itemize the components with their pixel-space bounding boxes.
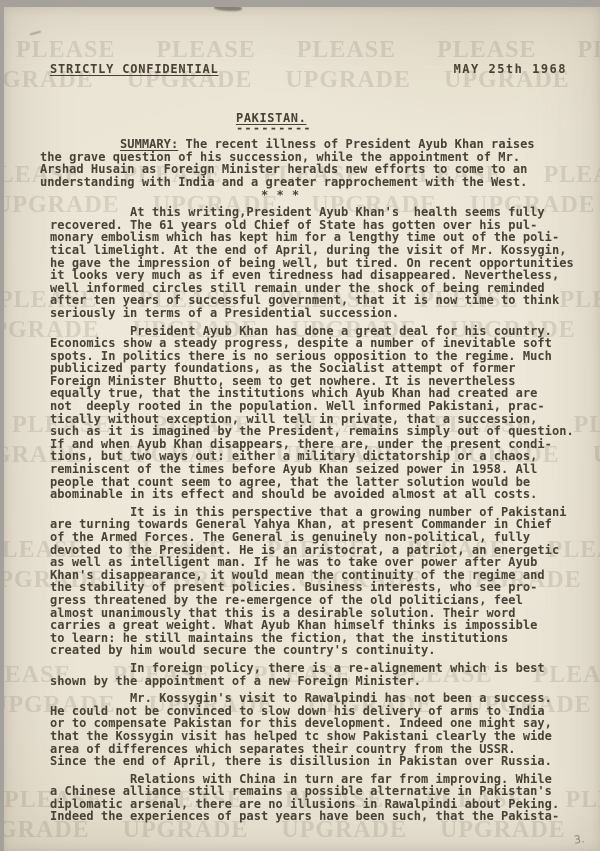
section-separator: * * * <box>261 189 600 202</box>
date-label: MAY 25th 1968 <box>454 63 567 76</box>
title-block: PAKISTAN. --------- <box>236 112 600 133</box>
title-underline-dashes: --------- <box>236 124 600 132</box>
document-page: PLEASE PLEASE PLEASE PLEASE PLEASE PLEAS… <box>4 7 600 851</box>
page-number-annotation: 3. <box>573 832 585 846</box>
paragraph: It is in this perspective that a growing… <box>50 506 600 657</box>
paragraph: President Ayub Khan has done a great dea… <box>50 325 600 501</box>
paragraph: In foreign policy, there is a re-alignem… <box>50 662 600 687</box>
document-content: STRICTLY CONFIDENTIAL MAY 25th 1968 PAKI… <box>4 7 600 851</box>
paragraph: Mr. Kossygin's visit to Rawalpindi has n… <box>50 692 600 768</box>
summary-paragraph: SUMMARY: The recent illness of President… <box>40 138 600 188</box>
document-header: STRICTLY CONFIDENTIAL MAY 25th 1968 <box>50 63 567 76</box>
classification-label: STRICTLY CONFIDENTIAL <box>50 63 219 76</box>
paragraph: At this writing,President Ayub Khan's he… <box>50 206 600 319</box>
document-paragraphs: At this writing,President Ayub Khan's he… <box>50 206 600 823</box>
paragraph: Relations with China in turn are far fro… <box>50 773 600 823</box>
